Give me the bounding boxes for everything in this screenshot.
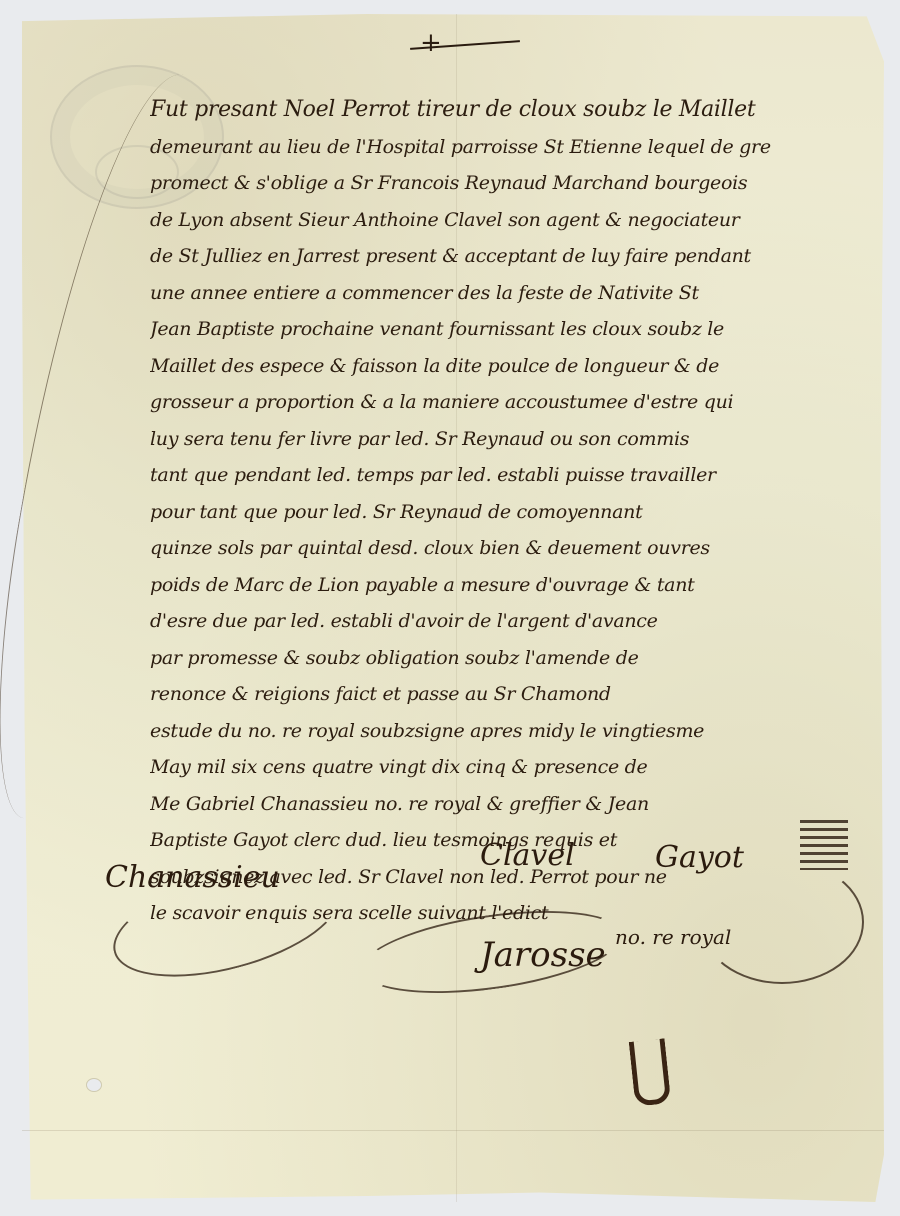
text-line: grosseur a proportion & a la maniere acc…	[150, 384, 870, 421]
signature-clavel: Clavel	[480, 838, 575, 873]
text-line: promect & s'oblige a Sr Francois Reynaud…	[150, 165, 870, 202]
text-line: Fut presant Noel Perrot tireur de cloux …	[150, 92, 870, 129]
signature-gayot: Gayot	[655, 840, 744, 875]
text-line: demeurant au lieu de l'Hospital parroiss…	[150, 129, 870, 166]
horizontal-fold-line	[22, 1130, 884, 1131]
text-line: estude du no. re royal soubzsigne apres …	[150, 713, 870, 750]
text-line: Me Gabriel Chanassieu no. re royal & gre…	[150, 786, 870, 823]
text-line: May mil six cens quatre vingt dix cinq &…	[150, 749, 870, 786]
text-line: Maillet des espece & faisson la dite pou…	[150, 348, 870, 385]
heading-cross-mark: +	[420, 28, 442, 58]
text-line: de Lyon absent Sieur Anthoine Clavel son…	[150, 202, 870, 239]
text-line: luy sera tenu fer livre par led. Sr Reyn…	[150, 421, 870, 458]
notary-paraph-mark	[800, 820, 848, 870]
text-line: pour tant que pour led. Sr Reynaud de co…	[150, 494, 870, 531]
text-line: renonce & reigions faict et passe au Sr …	[150, 676, 870, 713]
text-line: tant que pendant led. temps par led. est…	[150, 457, 870, 494]
text-line: une annee entiere a commencer des la fes…	[150, 275, 870, 312]
text-line: Jean Baptiste prochaine venant fournissa…	[150, 311, 870, 348]
notary-title: no. re royal	[615, 925, 731, 949]
paper-hole	[86, 1078, 102, 1092]
text-line: poids de Marc de Lion payable a mesure d…	[150, 567, 870, 604]
ink-hook-stroke	[629, 1038, 672, 1106]
text-line: de St Julliez en Jarrest present & accep…	[150, 238, 870, 275]
text-line: par promesse & soubz obligation soubz l'…	[150, 640, 870, 677]
text-line: d'esre due par led. establi d'avoir de l…	[150, 603, 870, 640]
signature-chanassieu: Chanassieu	[105, 860, 280, 895]
signature-jarosse: Jarosse	[480, 935, 606, 975]
text-line: quinze sols par quintal desd. cloux bien…	[150, 530, 870, 567]
signature-flourish	[700, 860, 864, 984]
deed-body-text: Fut presant Noel Perrot tireur de cloux …	[150, 92, 870, 932]
